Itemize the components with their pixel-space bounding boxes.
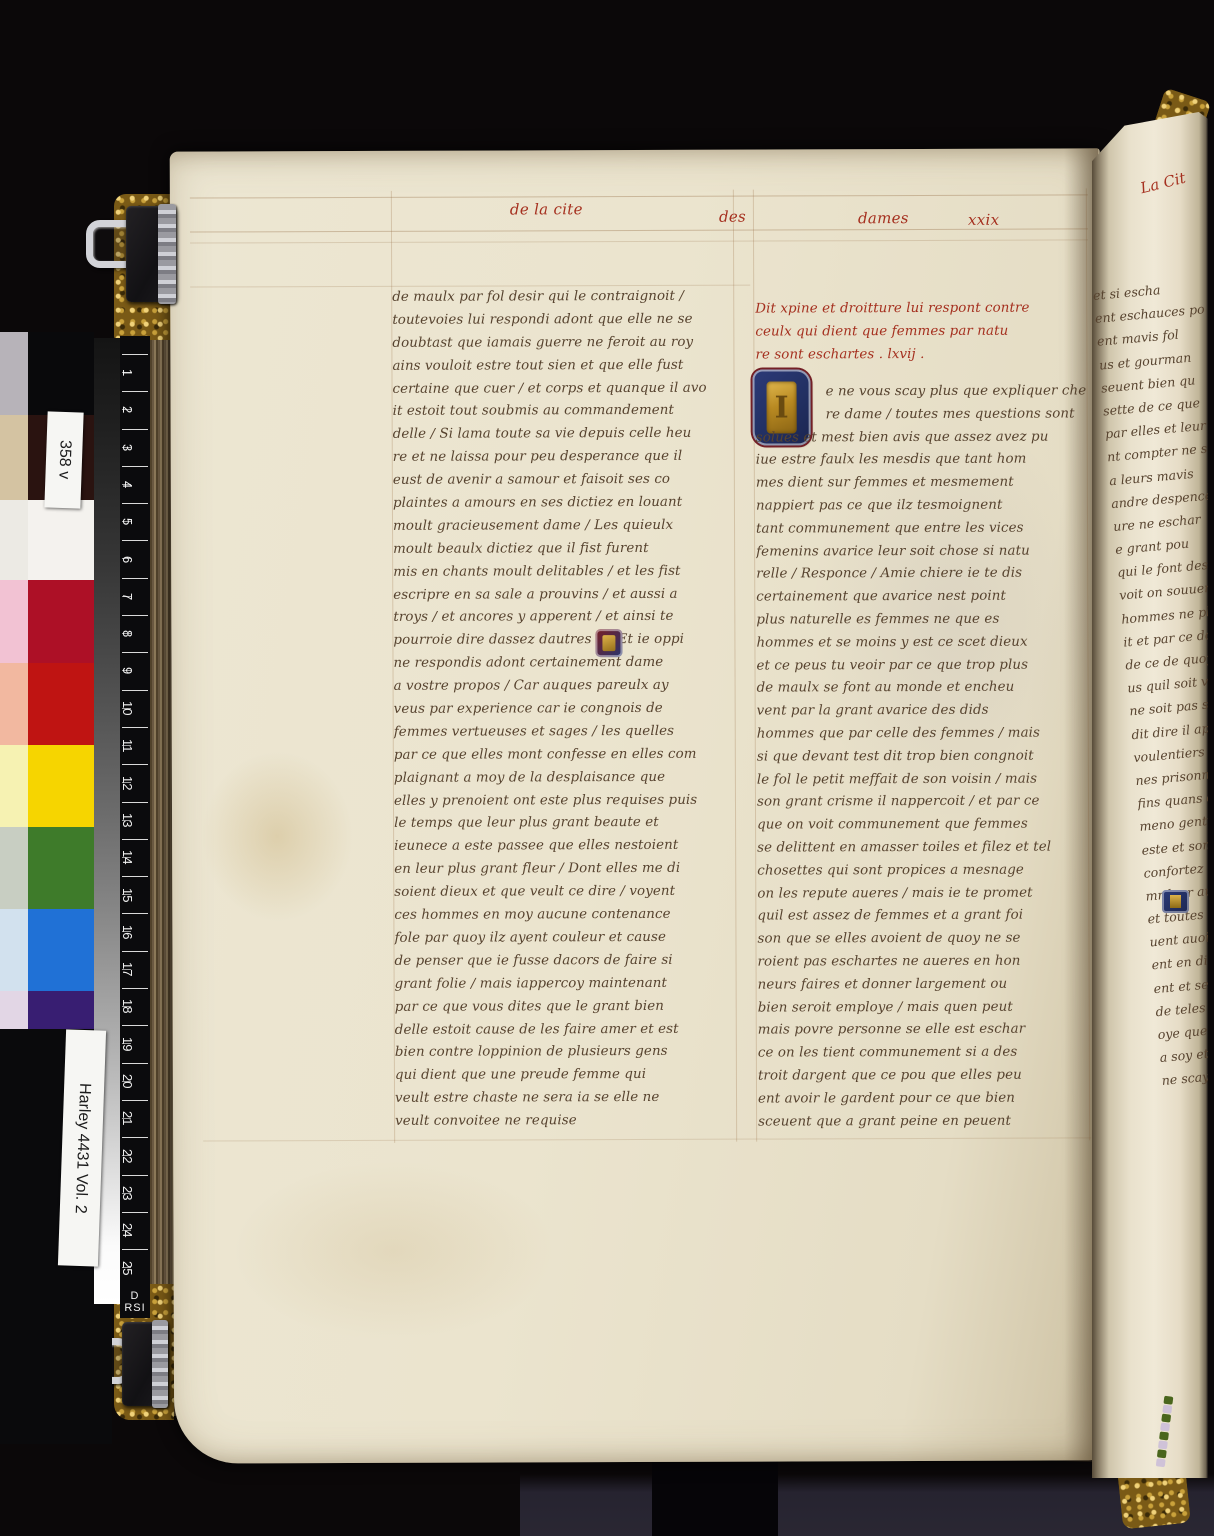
text-line: moult beaulx dictiez que il fist furent [393, 537, 741, 561]
text-line: en leur plus grant fleur / Dont elles me… [394, 858, 742, 882]
facing-page-curl: La Cit et si eschaent eschauces poent ma… [1092, 112, 1208, 1478]
shelfmark-label: Harley 4431 Vol. 2 [58, 1029, 106, 1266]
text-column-right: e ne vous scay plus que expliquer chere … [756, 380, 1099, 1133]
text-line: delle / Si lama toute sa vie depuis cell… [393, 423, 741, 447]
mini-target-dot [1156, 1458, 1166, 1467]
color-patch [0, 909, 28, 991]
ruler-number: 11 [120, 727, 135, 764]
background-cloth-fold [520, 1474, 1214, 1536]
text-line: si que devant test dit trop bien congnoi… [757, 745, 1097, 769]
ruling-line [190, 194, 1088, 198]
text-line: et ce peus tu veoir par ce que trop plus [756, 654, 1096, 678]
text-line: bien contre loppinion de plusieurs gens [395, 1041, 743, 1065]
text-line: bien seroit employe / mais quen peut [758, 996, 1098, 1020]
color-patch [0, 332, 28, 415]
running-header-folio-number: xxix [968, 211, 999, 229]
text-line: hommes et se moins y est ce scet dieux [756, 631, 1096, 655]
color-patch [28, 745, 94, 827]
mini-target-dot [1163, 1396, 1173, 1405]
color-patch [28, 663, 94, 745]
ruler-number: 1 [120, 354, 135, 391]
text-line: escripre en sa sale a prouvins / et auss… [393, 583, 741, 607]
ruler-number: 23 [120, 1175, 135, 1212]
text-line: doubtast que iamais guerre ne feroit au … [392, 331, 740, 355]
mini-target-dot [1160, 1423, 1170, 1432]
text-line: veult convoitee ne requise [395, 1110, 743, 1134]
text-line: elles y prenoient ont este plus requises… [394, 789, 742, 813]
text-line: sceuent que a grant peine en peuent [758, 1110, 1098, 1134]
champ-initial [595, 629, 622, 657]
text-line: e ne vous scay plus que expliquer che [756, 380, 1096, 404]
color-patch-row [0, 991, 94, 1029]
ruler: 1234567891011121314151617181920212223242… [120, 336, 150, 1318]
color-patch [0, 663, 28, 745]
text-line: ces hommes en moy aucune contenance [394, 904, 742, 928]
ruler-number: 20 [120, 1063, 135, 1100]
ruler-number: 21 [120, 1100, 135, 1137]
text-line: roient pas eschartes ne aueres en hon [758, 950, 1098, 974]
ruler-number: 13 [120, 802, 135, 839]
mini-target-dot [1159, 1431, 1169, 1440]
text-line: mis en chants moult delitables / et les … [393, 560, 741, 584]
color-patch [0, 991, 28, 1029]
text-line: femmes vertueuses et sages / les quelles [394, 721, 742, 745]
text-line: certaine que cuer / et corps et quanque … [393, 377, 741, 401]
text-line: it estoit tout soubmis au commandement [393, 400, 741, 424]
text-line: par ce que elles mont confesse en elles … [394, 743, 742, 767]
running-header-mid: des [719, 208, 746, 226]
rubric-line: Dit xpine et droitture lui respont contr… [755, 296, 1095, 320]
facing-page-text-fragments: et si eschaent eschauces poent mavis fol… [1092, 272, 1214, 1093]
ruler-number: 4 [120, 466, 135, 503]
text-line: eust de avenir a samour et faisoit ses c… [393, 469, 741, 493]
text-line: quil est assez de femmes et a grant foi [757, 905, 1097, 929]
color-patch [28, 827, 94, 909]
text-line: par ce que vous dites que le grant bien [395, 995, 743, 1019]
text-line: soient dieux et que veult ce dire / voye… [394, 881, 742, 905]
ruler-number: 25 [120, 1249, 135, 1286]
text-column-left: de maulx par fol desir qui le contraigno… [392, 286, 743, 1134]
text-line: toutevoies lui respondi adont que elle n… [392, 309, 740, 333]
text-line: hommes que par celle des femmes / mais [757, 722, 1097, 746]
text-line: fole par quoy ilz ayent couleur et cause [394, 927, 742, 951]
color-patch-row [0, 580, 94, 663]
color-patch-row [0, 332, 94, 415]
text-line: iue estre faulx les mesdis que tant hom [756, 449, 1096, 473]
parchment-stain [202, 751, 353, 922]
color-patch-row [0, 500, 94, 580]
facing-page-running-header: La Cit [1139, 169, 1188, 198]
text-line: plaintes a amours en ses dictiez en loua… [393, 492, 741, 516]
parchment-stain [233, 1160, 554, 1341]
ruler-number: 7 [120, 578, 135, 615]
text-line: re et ne laissa pour peu desperance que … [393, 446, 741, 470]
ruler-number: 2 [120, 391, 135, 428]
color-patch [28, 991, 94, 1029]
text-line: troys / et ancores y apperent / et ainsi… [393, 606, 741, 630]
color-patch-row [0, 827, 94, 909]
mini-target-dot [1162, 1405, 1172, 1414]
text-line: solues et mest bien avis que assez avez … [756, 426, 1096, 450]
color-patch-row [0, 745, 94, 827]
ruler-number: 14 [120, 839, 135, 876]
text-line: le temps que leur plus grant beaute et [394, 812, 742, 836]
text-line: de maulx se font au monde et encheu [757, 677, 1097, 701]
color-calibration-chart: 1234567891011121314151617181920212223242… [0, 332, 150, 1444]
ruler-number: 18 [120, 988, 135, 1025]
ruler-number: 15 [120, 876, 135, 913]
ruler-number: 5 [120, 503, 135, 540]
ruling-line [190, 239, 1088, 243]
binder-clip-bottom-arm [152, 1320, 168, 1408]
ruler-number: 12 [120, 764, 135, 801]
text-line: de penser que ie fusse dacors de faire s… [395, 949, 743, 973]
manuscript-page: de la cite des dames xxix de maulx par f… [170, 148, 1105, 1463]
text-line: de maulx par fol desir qui le contraigno… [392, 286, 740, 310]
ruler-number: 24 [120, 1212, 135, 1249]
mini-target-dot [1158, 1440, 1168, 1449]
text-line: moult gracieusement dame / Les quieulx [393, 515, 741, 539]
ruler-number: 17 [120, 951, 135, 988]
rubric-line: ceulx qui dient que femmes par natu [755, 319, 1095, 343]
text-line: pourroie dire dassez dautres Et ie oppi [393, 629, 741, 653]
ruling-line [190, 228, 1088, 232]
text-line: veult estre chaste ne sera ia se elle ne [395, 1087, 743, 1111]
text-line: plaignant a moy de la desplaisance que [394, 766, 742, 790]
color-patch [28, 332, 94, 415]
text-line: ieunece a este passee que elles nestoien… [394, 835, 742, 859]
text-line: veus par experience car ie congnois de [394, 698, 742, 722]
text-line: chosettes qui sont propices a mesnage [757, 859, 1097, 883]
text-line: ains vouloit estre tout sien et que elle… [392, 354, 740, 378]
text-line: se delittent en amasser toiles et filez … [757, 836, 1097, 860]
text-line: a vostre propos / Car auques pareulx ay [394, 675, 742, 699]
text-line: que on voit communement que femmes [757, 814, 1097, 838]
color-patch [0, 500, 28, 580]
text-line: mais povre personne se elle est eschar [758, 1019, 1098, 1043]
text-line: le fol le petit meffait de son voisin / … [757, 768, 1097, 792]
text-line: son grant crisme il nappercoit / et par … [757, 791, 1097, 815]
text-line: re dame / toutes mes questions sont [756, 403, 1096, 427]
facing-page-initial [1162, 890, 1189, 913]
color-patch [28, 500, 94, 580]
text-line: on les repute aueres / mais ie te promet [757, 882, 1097, 906]
background-strap [652, 1456, 778, 1536]
text-line: qui dient que une preude femme qui [395, 1064, 743, 1088]
text-line: ne respondis adont certainement dame [393, 652, 741, 676]
running-header-left: de la cite [510, 200, 583, 218]
text-line: certainement que avarice nest point [756, 586, 1096, 610]
text-line: femenins avarice leur soit chose si natu [756, 540, 1096, 564]
color-patch-row [0, 663, 94, 745]
text-line: grant folie / mais iappercoy maintenant [395, 972, 743, 996]
ruling-line [203, 1137, 1091, 1141]
text-line: mes dient sur femmes et mesmement [756, 472, 1096, 496]
text-line: vent par la grant avarice des dids [757, 700, 1097, 724]
text-line: ce on les tient communement si a des [758, 1042, 1098, 1066]
ruler-number: 8 [120, 615, 135, 652]
rubric-line: re sont eschartes . lxvij . [755, 342, 1095, 366]
ruler-number: 10 [120, 690, 135, 727]
color-patch [0, 827, 28, 909]
ruler-footer-label: D RSI [120, 1284, 150, 1314]
manuscript-photo: de la cite des dames xxix de maulx par f… [0, 0, 1214, 1536]
color-patch [28, 580, 94, 663]
color-patch [0, 580, 28, 663]
text-line: tant communement que entre les vices [756, 517, 1096, 541]
running-header-right: dames [858, 209, 909, 227]
text-line: plus naturelle es femmes ne que es [756, 608, 1096, 632]
color-patch [28, 909, 94, 991]
text-line: relle / Responce / Amie chiere ie te dis [756, 563, 1096, 587]
rubric-chapter-heading: Dit xpine et droitture lui respont contr… [755, 296, 1095, 366]
color-patch-row [0, 909, 94, 991]
text-line: neurs faires et donner largement ou [758, 973, 1098, 997]
ruler-number: 16 [120, 913, 135, 950]
mini-target-dot [1161, 1414, 1171, 1423]
text-line: ent avoir le gardent pour ce que bien [758, 1087, 1098, 1111]
text-line: nappiert pas ce que ilz tesmoignent [756, 494, 1096, 518]
ruler-number: 6 [120, 540, 135, 577]
ruler-number: 9 [120, 652, 135, 689]
ruler-number: 22 [120, 1137, 135, 1174]
color-patch [0, 415, 28, 500]
ruler-number: 19 [120, 1025, 135, 1062]
text-line: delle estoit cause de les faire amer et … [395, 1018, 743, 1042]
color-patch [0, 745, 28, 827]
folio-label: 358 v [44, 411, 83, 508]
mini-target-dot [1157, 1449, 1167, 1458]
text-line: troit dargent que ce pou que elles peu [758, 1064, 1098, 1088]
ruler-number: 3 [120, 429, 135, 466]
binder-clip-top-arm [158, 204, 176, 304]
text-line: son que se elles avoient de quoy ne se [757, 928, 1097, 952]
